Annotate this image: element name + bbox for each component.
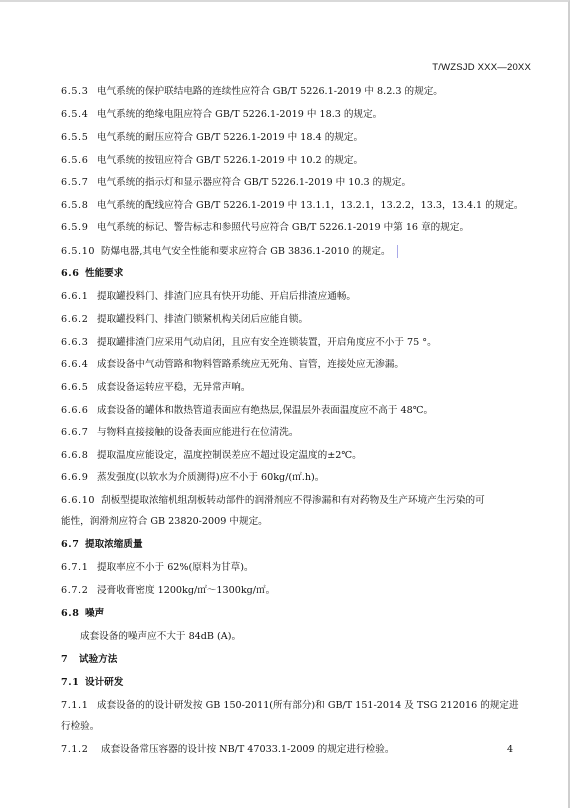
clause-text: 电气系统的标记、警告标志和参照代号应符合 GB/T 5226.1-2019 中第… <box>97 222 469 233</box>
clause-text: 成套设备的罐体和散热管道表面应有绝热层,保温层外表面温度应不高于 48℃。 <box>97 405 433 416</box>
clause-6-6-10-continuation: 能性，润滑剂应符合 GB 23820-2009 中规定。 <box>61 516 268 528</box>
clause-number: 6.6.6 <box>61 405 97 417</box>
noise-requirement-text: 成套设备的噪声应不大于 84dB (A)。 <box>80 631 241 643</box>
clause-6-7-2: 6.7.2浸膏收膏密度 1200kg/㎡～1300kg/㎡。 <box>61 585 275 597</box>
clause-number: 6.7.1 <box>61 562 97 574</box>
clause-6-6-2: 6.6.2提取罐投料门、排渣门锁紧机构关闭后应能自锁。 <box>61 314 308 326</box>
clause-number: 6.6.10 <box>61 495 101 507</box>
clause-number: 6.5.4 <box>61 109 97 121</box>
clause-text: 刮板型提取浓缩机组刮板转动部件的润滑剂应不得渗漏和有对药物及生产环境产生污染的可 <box>101 495 485 506</box>
section-heading-6-8: 6.8噪声 <box>61 608 104 620</box>
clause-text: 电气系统的配线应符合 GB/T 5226.1-2019 中 13.1.1，13.… <box>97 200 524 211</box>
clause-text: 提取温度应能设定，温度控制误差应不超过设定温度的±2℃。 <box>97 450 362 461</box>
clause-text: 电气系统的指示灯和显示器应符合 GB/T 5226.1-2019 中 10.3 … <box>97 177 411 188</box>
clause-text: 浸膏收膏密度 1200kg/㎡～1300kg/㎡。 <box>97 585 275 596</box>
section-title: 性能要求 <box>85 268 123 279</box>
clause-number: 7.1.1 <box>61 700 97 712</box>
chapter-title: 试验方法 <box>79 654 117 665</box>
clause-text[interactable]: 防爆电器,其电气安全性能和要求应符合 GB 3836.1-2010 的规定。 <box>101 246 391 257</box>
clause-text: 提取率应不小于 62%(原料为甘草)。 <box>97 562 254 573</box>
clause-text: 与物料直接接触的设备表面应能进行在位清洗。 <box>97 427 298 438</box>
clause-text: 成套设备的的设计研发按 GB 150-2011(所有部分)和 GB/T 151-… <box>97 700 519 711</box>
clause-text: 电气系统的保护联结电路的连续性应符合 GB/T 5226.1-2019 中 8.… <box>97 86 443 97</box>
clause-number: 6.7.2 <box>61 585 97 597</box>
clause-6-6-8: 6.6.8提取温度应能设定，温度控制误差应不超过设定温度的±2℃。 <box>61 450 362 462</box>
clause-6-6-10: 6.6.10刮板型提取浓缩机组刮板转动部件的润滑剂应不得渗漏和有对药物及生产环境… <box>61 495 485 507</box>
clause-text: 成套设备运转应平稳，无异常声响。 <box>97 382 251 393</box>
clause-text: 电气系统的耐压应符合 GB/T 5226.1-2019 中 18.4 的规定。 <box>97 132 363 143</box>
clause-number: 6.5.7 <box>61 177 97 189</box>
chapter-heading-7: 7试验方法 <box>61 654 117 666</box>
section-number: 6.8 <box>61 608 85 620</box>
clause-6-5-3: 6.5.3电气系统的保护联结电路的连续性应符合 GB/T 5226.1-2019… <box>61 86 443 98</box>
section-heading-7-1: 7.1设计研发 <box>61 677 123 689</box>
clause-6-5-8: 6.5.8电气系统的配线应符合 GB/T 5226.1-2019 中 13.1.… <box>61 200 524 212</box>
page-number: 4 <box>507 744 513 755</box>
clause-number: 6.5.8 <box>61 200 97 212</box>
clause-number: 6.6.1 <box>61 291 97 303</box>
clause-6-5-7: 6.5.7电气系统的指示灯和显示器应符合 GB/T 5226.1-2019 中 … <box>61 177 411 189</box>
clause-7-1-2: 7.1.2成套设备常压容器的设计按 NB/T 47033.1-2009 的规定进… <box>61 744 394 756</box>
clause-number: 6.5.3 <box>61 86 97 98</box>
clause-7-1-1-continuation: 行检验。 <box>61 721 99 733</box>
clause-text: 成套设备中气动管路和物料管路系统应无死角、盲管，连接处应无渗漏。 <box>97 359 404 370</box>
clause-text: 电气系统的绝缘电阻应符合 GB/T 5226.1-2019 中 18.3 的规定… <box>97 109 382 120</box>
clause-number: 6.6.4 <box>61 359 97 371</box>
document-code: T/WZSJD XXX—20XX <box>432 62 531 73</box>
chapter-number: 7 <box>61 654 79 666</box>
clause-6-6-5: 6.6.5成套设备运转应平稳，无异常声响。 <box>61 382 251 394</box>
clause-6-5-9: 6.5.9电气系统的标记、警告标志和参照代号应符合 GB/T 5226.1-20… <box>61 222 469 234</box>
section-number: 7.1 <box>61 677 85 689</box>
section-number: 6.7 <box>61 539 85 551</box>
clause-6-6-3: 6.6.3提取罐排渣门应采用气动启闭，且应有安全连锁装置，开启角度应不小于 75… <box>61 337 437 349</box>
clause-number: 6.5.9 <box>61 222 97 234</box>
clause-6-7-1: 6.7.1提取率应不小于 62%(原料为甘草)。 <box>61 562 254 574</box>
clause-6-6-9: 6.6.9蒸发强度(以软水为介质测得)应不小于 60kg/(㎡.h)。 <box>61 472 324 484</box>
text-cursor <box>397 245 399 258</box>
clause-number: 6.5.5 <box>61 132 97 144</box>
clause-number: 6.6.7 <box>61 427 97 439</box>
clause-text: 成套设备常压容器的设计按 NB/T 47033.1-2009 的规定进行检验。 <box>101 744 394 755</box>
clause-text: 蒸发强度(以软水为介质测得)应不小于 60kg/(㎡.h)。 <box>97 472 324 483</box>
clause-number: 6.6.5 <box>61 382 97 394</box>
section-title: 噪声 <box>85 608 104 619</box>
clause-6-6-1: 6.6.1提取罐投料门、排渣门应具有快开功能、开启后排渣应通畅。 <box>61 291 356 303</box>
clause-text: 提取罐排渣门应采用气动启闭，且应有安全连锁装置，开启角度应不小于 75 °。 <box>97 337 437 348</box>
clause-number: 6.6.8 <box>61 450 97 462</box>
clause-text: 提取罐投料门、排渣门应具有快开功能、开启后排渣应通畅。 <box>97 291 356 302</box>
clause-6-6-7: 6.6.7与物料直接接触的设备表面应能进行在位清洗。 <box>61 427 298 439</box>
clause-number: 6.5.6 <box>61 155 97 167</box>
section-title: 提取浓缩质量 <box>85 539 143 550</box>
clause-6-5-4: 6.5.4电气系统的绝缘电阻应符合 GB/T 5226.1-2019 中 18.… <box>61 109 382 121</box>
section-heading-6-7: 6.7提取浓缩质量 <box>61 539 143 551</box>
clause-6-6-6: 6.6.6成套设备的罐体和散热管道表面应有绝热层,保温层外表面温度应不高于 48… <box>61 405 433 417</box>
clause-number: 6.6.3 <box>61 337 97 349</box>
clause-6-6-4: 6.6.4成套设备中气动管路和物料管路系统应无死角、盲管，连接处应无渗漏。 <box>61 359 404 371</box>
clause-number: 7.1.2 <box>61 744 101 756</box>
section-title: 设计研发 <box>85 677 123 688</box>
clause-number: 6.6.2 <box>61 314 97 326</box>
clause-6-5-6: 6.5.6电气系统的按钮应符合 GB/T 5226.1-2019 中 10.2 … <box>61 155 363 167</box>
clause-6-5-10[interactable]: 6.5.10防爆电器,其电气安全性能和要求应符合 GB 3836.1-2010 … <box>61 245 398 258</box>
clause-7-1-1: 7.1.1成套设备的的设计研发按 GB 150-2011(所有部分)和 GB/T… <box>61 700 519 712</box>
section-heading-6-6: 6.6性能要求 <box>61 268 123 280</box>
section-number: 6.6 <box>61 268 85 280</box>
clause-number: 6.5.10 <box>61 246 101 258</box>
clause-text: 电气系统的按钮应符合 GB/T 5226.1-2019 中 10.2 的规定。 <box>97 155 363 166</box>
clause-text: 提取罐投料门、排渣门锁紧机构关闭后应能自锁。 <box>97 314 308 325</box>
clause-number: 6.6.9 <box>61 472 97 484</box>
clause-6-5-5: 6.5.5电气系统的耐压应符合 GB/T 5226.1-2019 中 18.4 … <box>61 132 363 144</box>
